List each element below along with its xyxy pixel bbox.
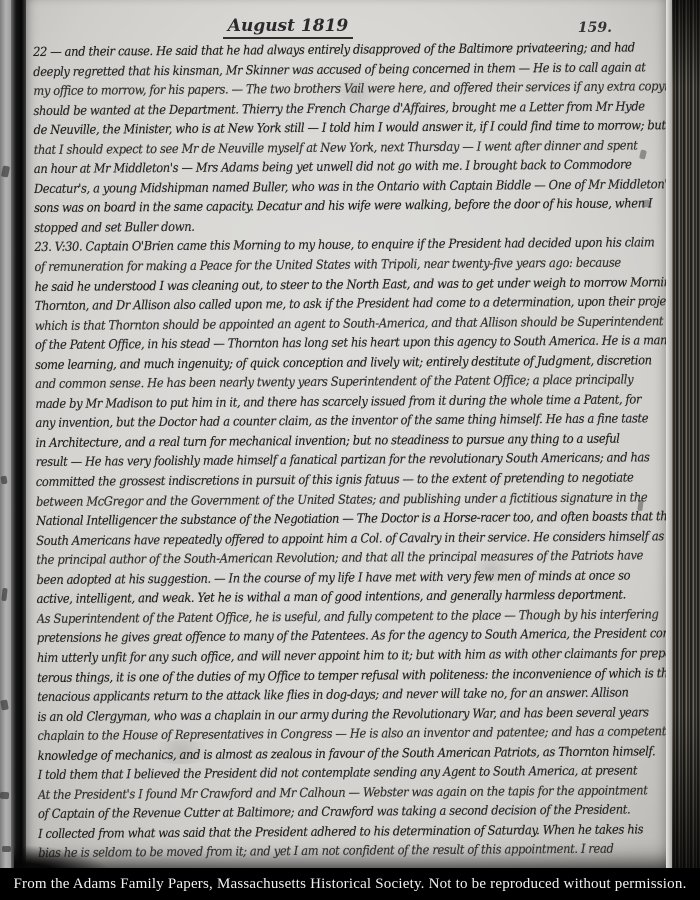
page-title: August 1819 xyxy=(26,16,550,36)
archive-caption-bar: From the Adams Family Papers, Massachuse… xyxy=(0,868,700,900)
ink-bleed-mark xyxy=(0,476,7,485)
manuscript-page: August 1819 159. 22 — and their cause. H… xyxy=(26,0,670,870)
page-title-text: August 1819 xyxy=(223,16,353,39)
paper-smudge xyxy=(326,80,386,106)
ink-bleed-mark xyxy=(0,699,9,710)
closed-pages-edge xyxy=(672,0,700,870)
ink-bleed-mark xyxy=(0,792,9,800)
paper-smudge xyxy=(466,560,516,582)
ink-bleed-mark xyxy=(642,200,651,208)
manuscript-line: bias he is seldom to be moved from it; a… xyxy=(38,841,670,865)
manuscript-photo: August 1819 159. 22 — and their cause. H… xyxy=(0,0,700,900)
archive-caption: From the Adams Family Papers, Massachuse… xyxy=(13,876,686,893)
paper-smudge xyxy=(146,740,216,764)
page-number: 159. xyxy=(578,20,612,36)
manuscript-body: 22 — and their cause. He said that he ha… xyxy=(33,39,670,865)
ink-bleed-mark xyxy=(2,846,11,852)
